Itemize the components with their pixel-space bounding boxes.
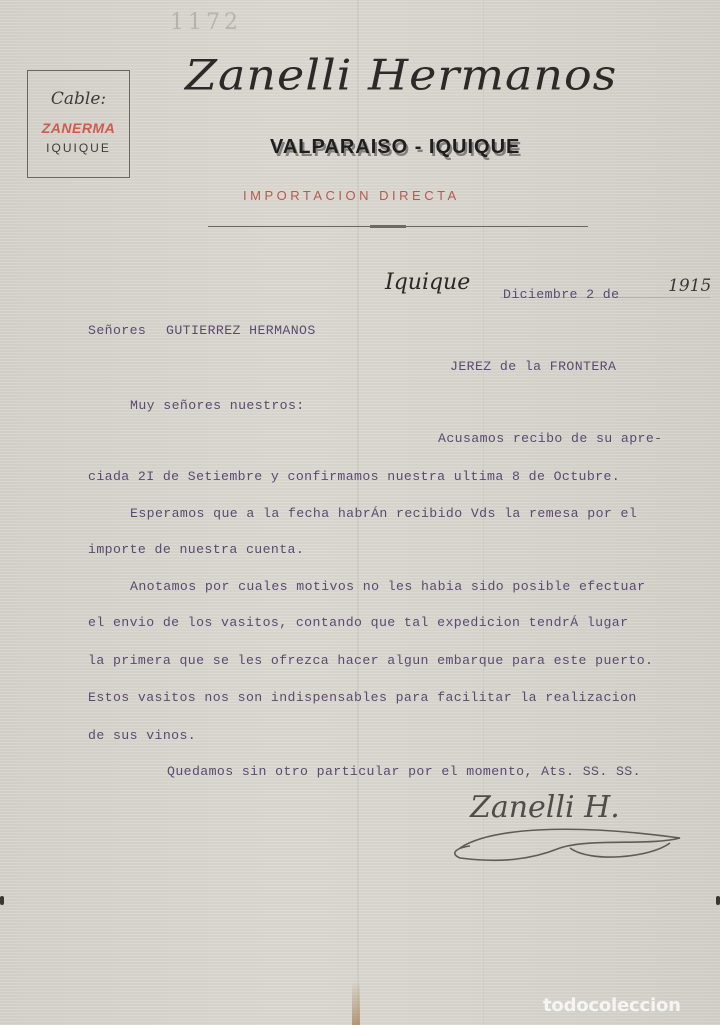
date-year: 1915 [668, 276, 711, 296]
body-line: importe de nuestra cuenta. [88, 542, 304, 557]
cable-code: ZANERMA [28, 120, 129, 136]
closing-line: Quedamos sin otro particular por el mome… [167, 764, 641, 779]
divider-ornament [370, 225, 406, 228]
recipient-city: JEREZ de la FRONTERA [450, 359, 616, 374]
body-line: Esperamos que a la fecha habrÁn recibido… [130, 506, 637, 521]
cable-label: Cable: [28, 89, 129, 109]
date-typed: Diciembre 2 de [503, 287, 619, 302]
greeting: Muy señores nuestros: [130, 398, 305, 413]
body-line: Acusamos recibo de su apre- [438, 431, 662, 446]
paper-stain [352, 980, 360, 1025]
body-line: el envio de los vasitos, contando que ta… [88, 615, 628, 630]
body-line: Anotamos por cuales motivos no les habia… [130, 579, 645, 594]
body-line: de sus vinos. [88, 728, 196, 743]
body-line: Estos vasitos nos son indispensables par… [88, 690, 637, 705]
company-name: Zanelli Hermanos [185, 50, 605, 100]
cable-city: IQUIQUE [28, 141, 129, 155]
recipient-name: GUTIERREZ HERMANOS [166, 323, 316, 338]
binding-hole [0, 896, 4, 905]
body-line: la primera que se les ofrezca hacer algu… [88, 653, 653, 668]
cable-address-box: Cable: ZANERMA IQUIQUE [27, 70, 130, 178]
watermark: todocoleccion [543, 995, 681, 1016]
pencil-annotation: 1172 [170, 10, 242, 35]
body-line: ciada 2I de Setiembre y confirmamos nues… [88, 469, 620, 484]
date-place: Iquique [385, 270, 470, 295]
company-tagline: IMPORTACION DIRECTA [243, 188, 460, 203]
company-cities: VALPARAISO - IQUIQUE [270, 136, 520, 159]
letter-paper: 1172 Cable: ZANERMA IQUIQUE Zanelli Herm… [0, 0, 720, 1025]
signature-flourish-icon [450, 818, 690, 868]
recipient-salutation: Señores [88, 323, 146, 338]
binding-hole [716, 896, 720, 905]
